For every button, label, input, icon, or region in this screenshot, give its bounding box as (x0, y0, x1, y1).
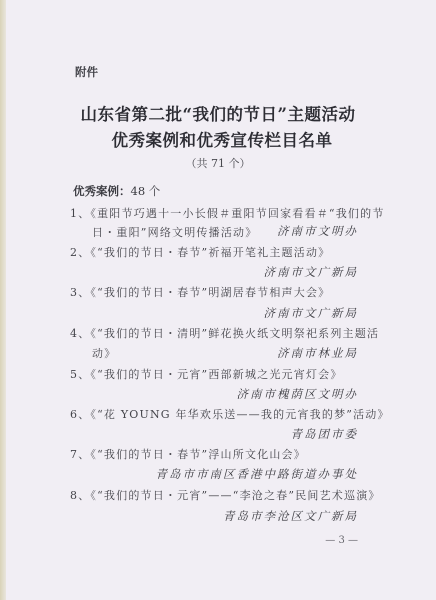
item-3-org: 济南市文广新局 (264, 305, 359, 321)
item-1-org: 济南市文明办 (277, 223, 358, 239)
attachment-label: 附件 (75, 64, 98, 80)
item-4-org: 济南市林业局 (277, 345, 358, 361)
item-1-line-1: 1、《重阳节巧遇十一小长假＃重阳节回家看看＃“我们的节 (70, 205, 385, 221)
title-line-1: 山东省第二批“我们的节日”主题活动 (0, 101, 436, 125)
total-count: （共 71 个） (0, 155, 436, 171)
item-7-org: 青岛市市南区香港中路街道办事处 (156, 466, 359, 482)
item-6-line-1: 6、《“花 YOUNG 年华欢乐送——我的元宵我的梦”活动》 (70, 406, 390, 422)
item-2-line-1: 2、《“我们的节日・春节”祈福开笔礼主题活动》 (70, 244, 330, 260)
document-page: 附件 山东省第二批“我们的节日”主题活动 优秀案例和优秀宣传栏目名单 （共 71… (0, 0, 436, 600)
section-label: 优秀案例： (73, 184, 131, 198)
item-8-line-1: 8、《“我们的节日・元宵”——“李沧之春”民间艺术巡演》 (70, 487, 381, 503)
item-6-org: 青岛团市委 (291, 426, 359, 442)
item-4-line-1: 4、《“我们的节日・清明”鲜花换火纸文明祭祀系列主题活 (70, 325, 379, 341)
item-7-line-1: 7、《“我们的节日・春节”浮山所文化山会》 (70, 446, 306, 462)
item-8-org: 青岛市李沧区文广新局 (223, 508, 358, 524)
page-number: — 3 — (325, 535, 358, 546)
item-2-org: 济南市文广新局 (264, 264, 359, 280)
section-count: 48 个 (131, 184, 161, 198)
section-heading: 优秀案例：48 个 (73, 183, 160, 199)
item-5-line-1: 5、《“我们的节日・元宵”西部新城之光元宵灯会》 (70, 366, 343, 382)
item-4-line-2: 动》 (92, 345, 116, 361)
item-1-line-2: 日・重阳”网络文明传播活动》 (92, 224, 257, 240)
title-line-2: 优秀案例和优秀宣传栏目名单 (4, 127, 436, 151)
item-5-org: 济南市槐荫区文明办 (237, 386, 359, 402)
item-3-line-1: 3、《“我们的节日・春节”明湖居春节相声大会》 (70, 284, 330, 300)
